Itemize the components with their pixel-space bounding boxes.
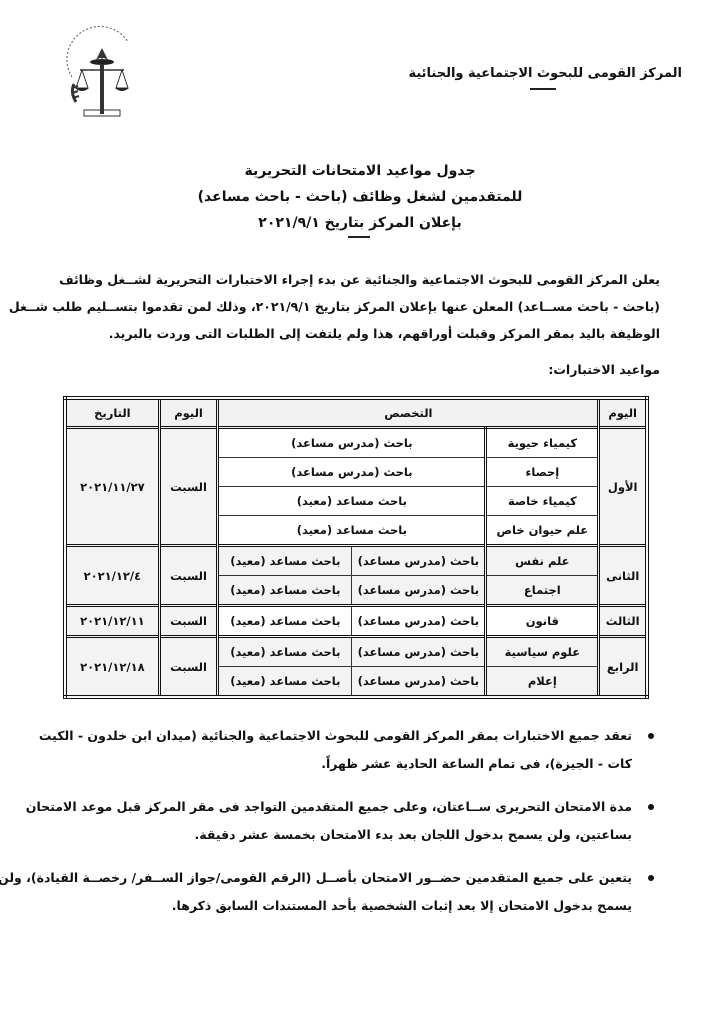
note-item: مدة الامتحان التحريرى ســاعتان، وعلى جمي… (52, 793, 662, 849)
table-row: الثانى علم نفس باحث (مدرس مساعد) باحث مس… (65, 546, 647, 576)
header-weekday: اليوم (159, 398, 218, 428)
table-row: الرابع علوم سياسية باحث (مدرس مساعد) باح… (65, 637, 647, 667)
specialty-cell: كيمياء حيوية (486, 428, 599, 458)
schedule-heading: مواعيد الاختبارات: (548, 362, 660, 377)
exam-schedule-table: اليوم التخصص اليوم التاريخ الأول كيمياء … (63, 396, 649, 699)
exam-notes-list: تعقد جميع الاختبارات بمقر المركز القومى … (52, 722, 662, 935)
position-cell: باحث (مدرس مساعد) (218, 428, 486, 458)
intro-paragraph: يعلن المركز القومى للبحوث الاجتماعية وال… (52, 266, 660, 347)
organization-name: المركز القومى للبحوث الاجتماعية والجنائي… (408, 66, 682, 81)
day-order-cell: الثانى (599, 546, 647, 606)
header-divider (530, 88, 556, 90)
day-order-cell: الثالث (599, 606, 647, 637)
weekday-cell: السبت (159, 606, 218, 637)
header-specialty: التخصص (218, 398, 599, 428)
note-line: مدة الامتحان التحريرى ســاعتان، وعلى جمي… (52, 793, 632, 821)
table-row: الأول كيمياء حيوية باحث (مدرس مساعد) الس… (65, 428, 647, 458)
date-cell: ٢٠٢١/١٢/٤ (65, 546, 159, 606)
specialty-cell: علم نفس (486, 546, 599, 576)
position-cell: باحث مساعد (معيد) (218, 606, 352, 637)
specialty-cell: علوم سياسية (486, 637, 599, 667)
specialty-cell: قانون (486, 606, 599, 637)
date-cell: ٢٠٢١/١١/٢٧ (65, 428, 159, 546)
table-header-row: اليوم التخصص اليوم التاريخ (65, 398, 647, 428)
title-line-1: جدول مواعيد الامتحانات التحريرية (0, 158, 720, 184)
note-line: بساعتين، ولن يسمح بدخول اللجان بعد بدء ا… (52, 821, 632, 849)
position-cell: باحث مساعد (معيد) (218, 576, 352, 606)
day-order-cell: الأول (599, 428, 647, 546)
date-cell: ٢٠٢١/١٢/١١ (65, 606, 159, 637)
weekday-cell: السبت (159, 428, 218, 546)
position-cell: باحث مساعد (معيد) (218, 546, 352, 576)
note-item: يتعين على جميع المتقدمين حضــور الامتحان… (52, 864, 662, 920)
weekday-cell: السبت (159, 637, 218, 698)
position-cell: باحث مساعد (معيد) (218, 667, 352, 698)
note-item: تعقد جميع الاختبارات بمقر المركز القومى … (52, 722, 662, 778)
specialty-cell: اجتماع (486, 576, 599, 606)
table-row: الثالث قانون باحث (مدرس مساعد) باحث مساع… (65, 606, 647, 637)
note-line: تعقد جميع الاختبارات بمقر المركز القومى … (52, 722, 632, 750)
specialty-cell: إحصاء (486, 458, 599, 487)
position-cell: باحث مساعد (معيد) (218, 487, 486, 516)
position-cell: باحث (مدرس مساعد) (352, 576, 486, 606)
ncsc-logo-icon (62, 22, 142, 122)
position-cell: باحث (مدرس مساعد) (352, 546, 486, 576)
position-cell: باحث مساعد (معيد) (218, 516, 486, 546)
date-cell: ٢٠٢١/١٢/١٨ (65, 637, 159, 698)
position-cell: باحث (مدرس مساعد) (352, 667, 486, 698)
title-divider (348, 236, 370, 238)
bullet-icon (648, 875, 654, 881)
weekday-cell: السبت (159, 546, 218, 606)
intro-line-1: يعلن المركز القومى للبحوث الاجتماعية وال… (52, 266, 660, 293)
bullet-icon (648, 804, 654, 810)
header-day-order: اليوم (599, 398, 647, 428)
title-line-2: للمتقدمين لشغل وظائف (باحث - باحث مساعد) (0, 184, 720, 210)
specialty-cell: إعلام (486, 667, 599, 698)
note-line: كات - الجيزة)، فى تمام الساعة الحادية عش… (52, 750, 632, 778)
position-cell: باحث (مدرس مساعد) (218, 458, 486, 487)
document-title: جدول مواعيد الامتحانات التحريرية للمتقدم… (0, 158, 720, 236)
note-line: يتعين على جميع المتقدمين حضــور الامتحان… (52, 864, 632, 892)
position-cell: باحث (مدرس مساعد) (352, 637, 486, 667)
position-cell: باحث (مدرس مساعد) (352, 606, 486, 637)
specialty-cell: علم حيوان خاص (486, 516, 599, 546)
day-order-cell: الرابع (599, 637, 647, 698)
header-date: التاريخ (65, 398, 159, 428)
title-line-3: بإعلان المركز بتاريخ ٢٠٢١/٩/١ (0, 210, 720, 236)
note-line: يسمح بدخول الامتحان إلا بعد إثبات الشخصي… (52, 892, 632, 920)
bullet-icon (648, 733, 654, 739)
specialty-cell: كيمياء خاصة (486, 487, 599, 516)
intro-line-3: الوظيفة باليد بمقر المركز وقبلت أوراقهم،… (52, 320, 660, 347)
intro-line-2: (باحث - باحث مســاعد) المعلن عنها بإعلان… (52, 293, 660, 320)
position-cell: باحث مساعد (معيد) (218, 637, 352, 667)
